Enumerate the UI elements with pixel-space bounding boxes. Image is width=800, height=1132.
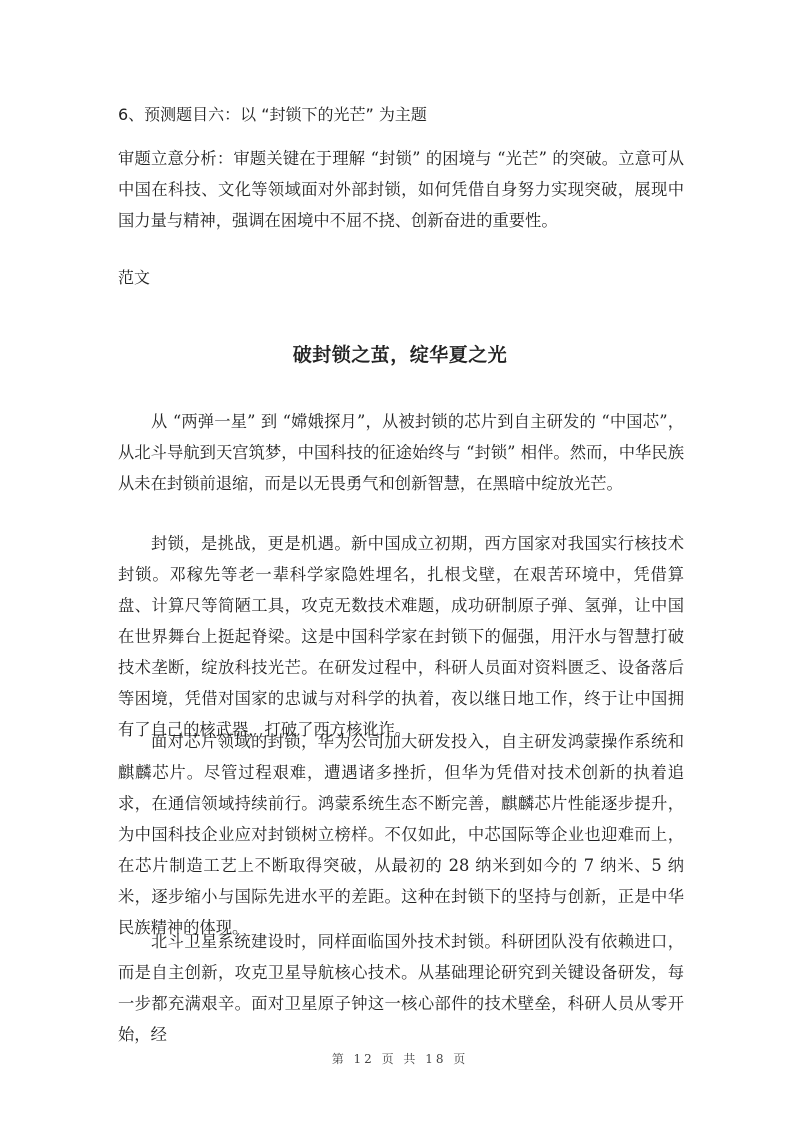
essay-title: 破封锁之茧，绽华夏之光 [0,340,800,367]
essay-paragraph-3: 面对芯片领域的封锁，华为公司加大研发投入，自主研发鸿蒙操作系统和麒麟芯片。尽管过… [118,726,684,943]
document-page: 6、预测题目六：以 “封锁下的光芒” 为主题 审题立意分析：审题关键在于理解 “… [0,0,800,1132]
page-footer: 第 12 页 共 18 页 [0,1050,800,1067]
essay-paragraph-1: 从 “两弹一星” 到 “嫦娥探月”，从被封锁的芯片到自主研发的 “中国芯”，从北… [118,406,684,499]
question-heading: 6、预测题目六：以 “封锁下的光芒” 为主题 [118,104,427,126]
analysis-paragraph: 审题立意分析：审题关键在于理解 “封锁” 的困境与 “光芒” 的突破。立意可从中… [118,143,684,236]
essay-paragraph-2: 封锁，是挑战，更是机遇。新中国成立初期，西方国家对我国实行核技术封锁。邓稼先等老… [118,528,684,745]
essay-paragraph-4: 北斗卫星系统建设时，同样面临国外技术封锁。科研团队没有依赖进口，而是自主创新，攻… [118,926,684,1050]
sample-essay-label: 范文 [118,265,150,288]
